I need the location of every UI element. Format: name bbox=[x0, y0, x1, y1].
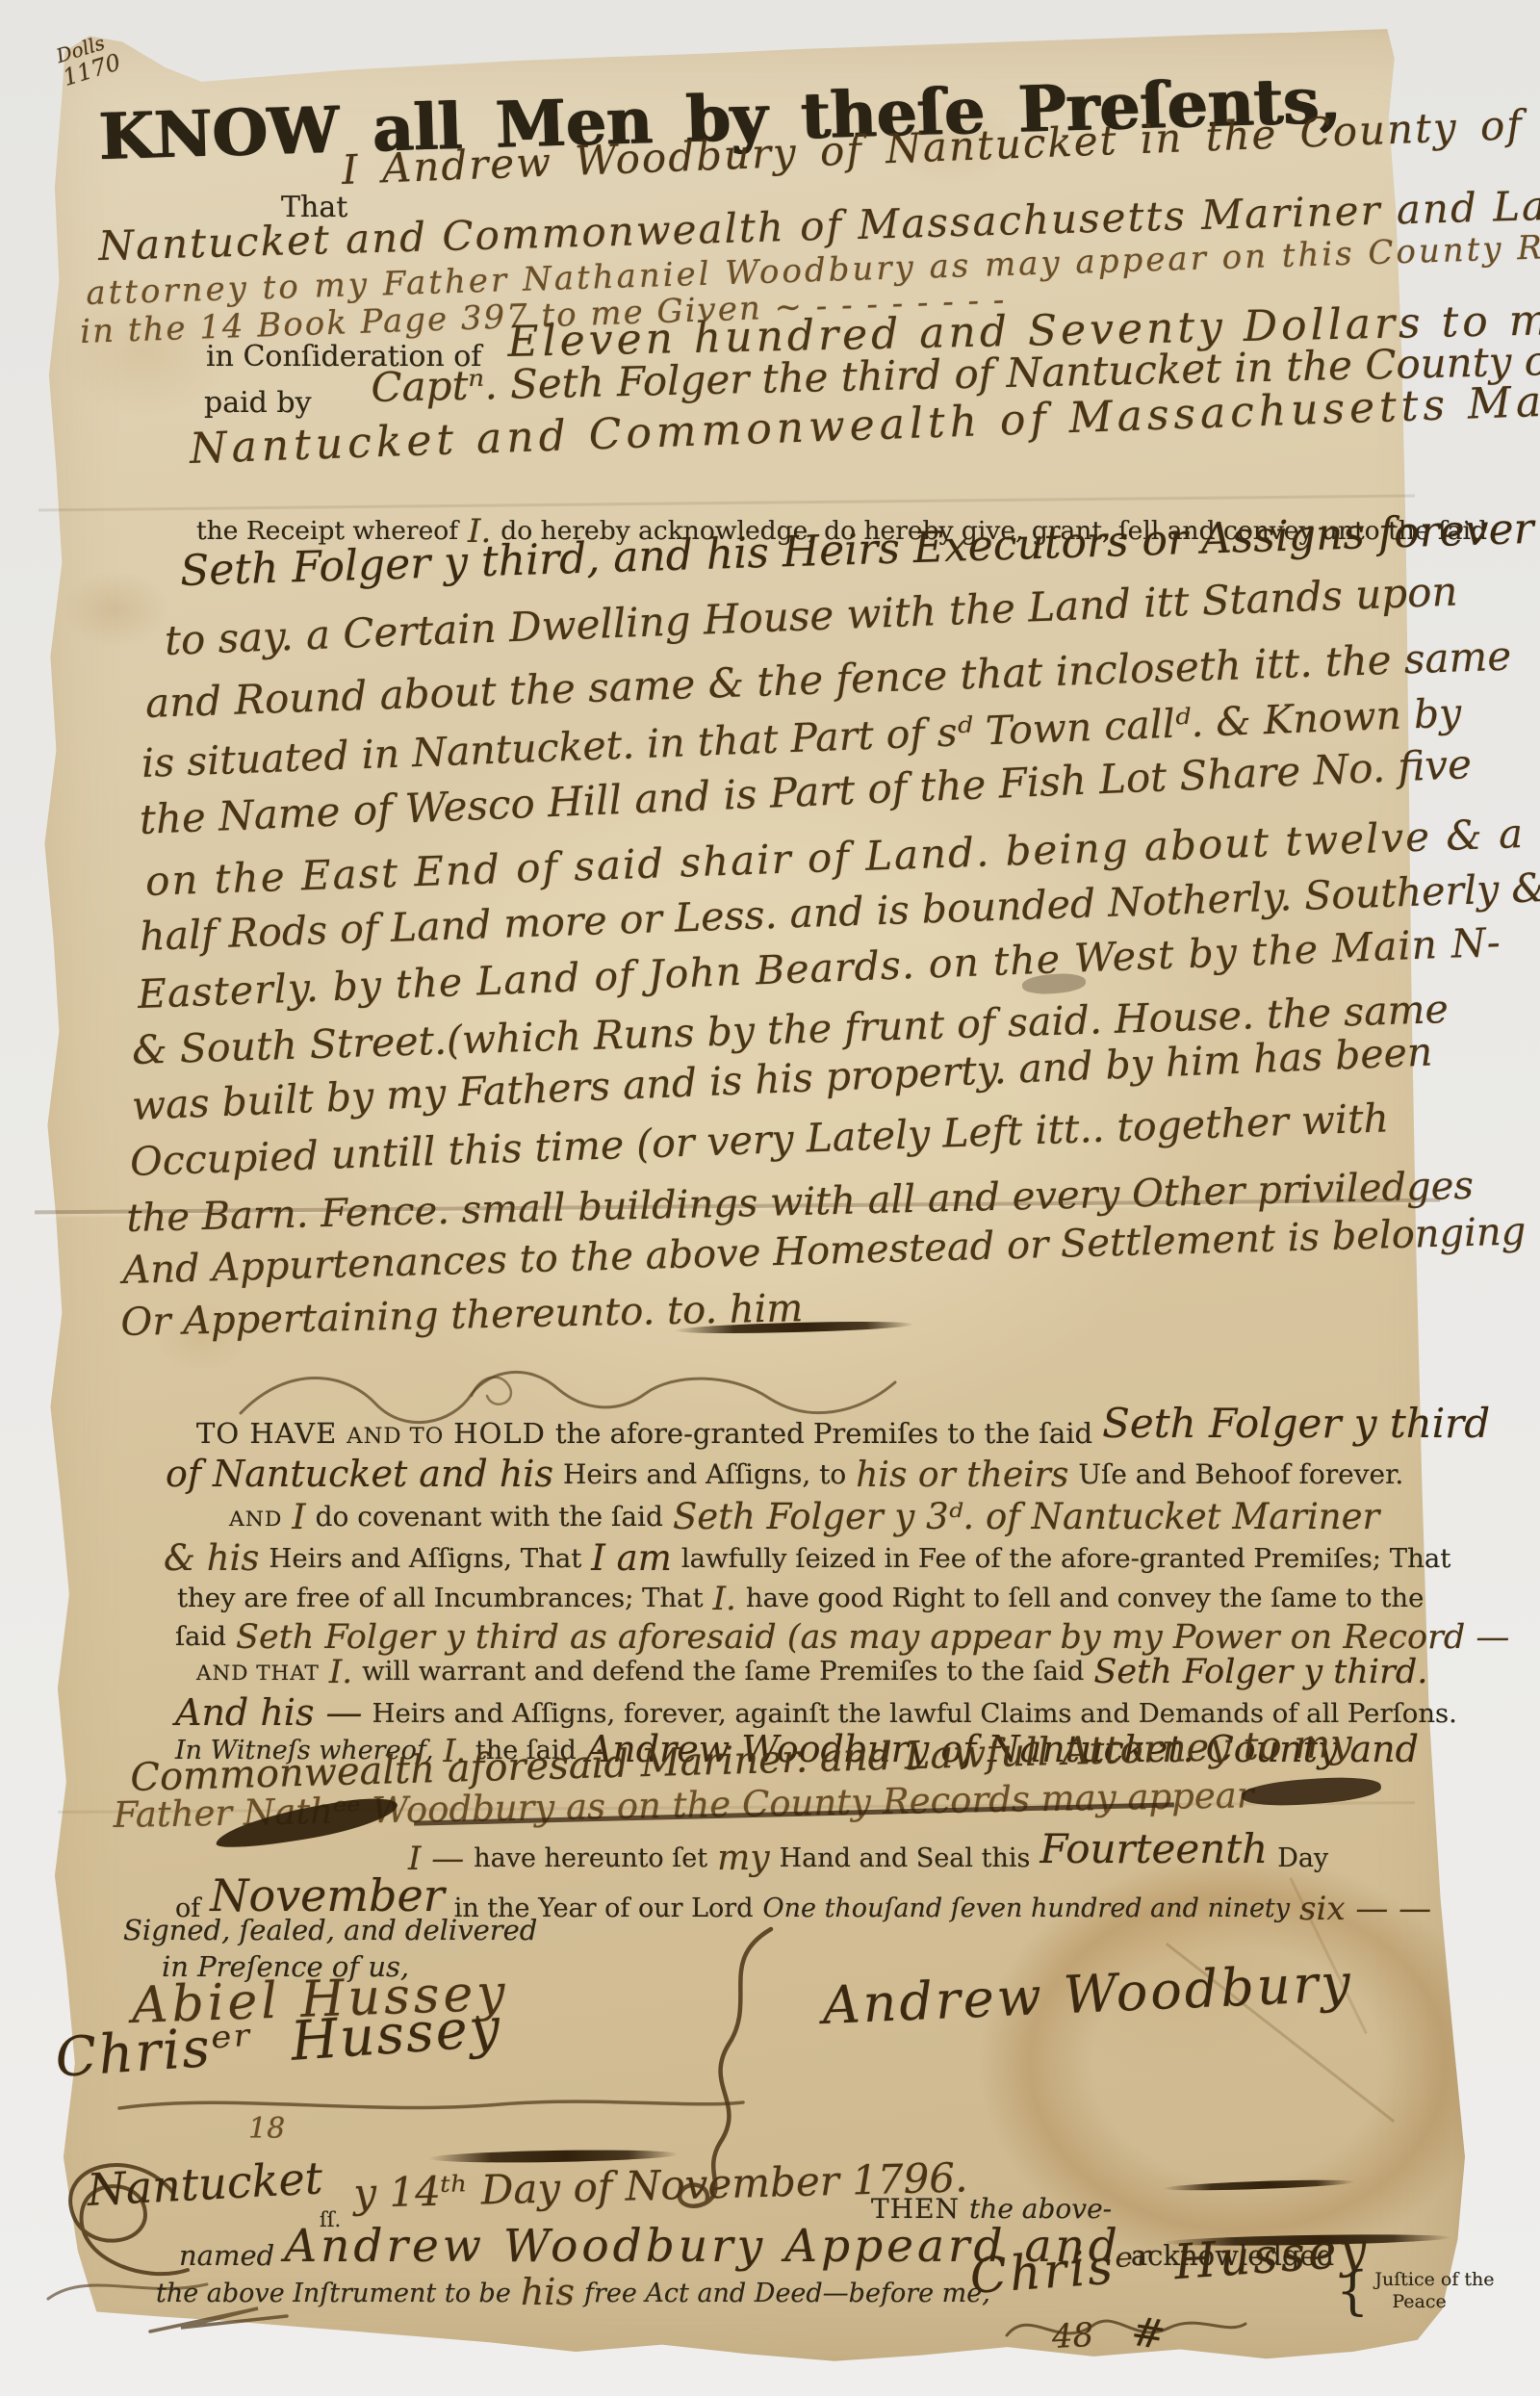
hand-seg: my bbox=[717, 1839, 769, 1878]
print-seg: Hand and Seal this bbox=[780, 1843, 1031, 1873]
hand-seg: I. bbox=[329, 1653, 352, 1691]
habendum-line-3: AndIdo covenant with the ſaidSeth Folger… bbox=[229, 1493, 1389, 1534]
testimonium-line: I —have hereunto ſetmyHand and Seal this… bbox=[408, 1829, 1338, 1876]
print-seg: they are free of all Incumbrances; That bbox=[177, 1583, 704, 1613]
print-seg: Uſe and Behoof forever. bbox=[1078, 1458, 1403, 1490]
justice-title-block: { Juſtice of thePeace bbox=[1336, 2260, 1495, 2321]
paid-by-label: paid by bbox=[204, 386, 312, 420]
hand-seg: I. bbox=[713, 1580, 736, 1618]
brace-glyph: { bbox=[1336, 2260, 1369, 2321]
scribble-mark bbox=[142, 2299, 306, 2342]
print-seg: And bbox=[229, 1507, 282, 1532]
hand-seg: of Nantucket and his bbox=[166, 1453, 553, 1495]
to-have: TO HAVE bbox=[196, 1417, 337, 1450]
habendum-line-5: they are free of all Incumbrances; ThatI… bbox=[177, 1577, 1433, 1615]
habendum-line-2: of Nantucket and hisHeirs and Aſſigns, t… bbox=[166, 1450, 1413, 1492]
habendum-printed: the afore-granted Premiſes to the ſaid bbox=[555, 1417, 1092, 1450]
year-hand: six — — bbox=[1299, 1890, 1431, 1928]
print-seg: Heirs and Aſſigns, That bbox=[269, 1543, 581, 1574]
print-seg: lawfully ſeized in Fee of the afore-gran… bbox=[681, 1543, 1450, 1574]
habendum-line-1: TO HAVEand toHOLDthe afore-granted Premi… bbox=[196, 1405, 1500, 1453]
print-seg: will warrant and defend the ſame Premiſe… bbox=[362, 1656, 1084, 1687]
habendum-line-6: ſaidSeth Folger y third as aforesaid (as… bbox=[175, 1615, 1519, 1654]
and-to: and to bbox=[346, 1424, 444, 1449]
print-seg: free Act and Deed—before me, bbox=[584, 2279, 990, 2308]
justice-title-line1: Juſtice of the bbox=[1374, 2269, 1494, 2290]
witness-mark: 18 bbox=[248, 2112, 285, 2146]
print-seg: have good Right to ſell and convey the ſ… bbox=[746, 1583, 1424, 1613]
habendum-line-4: & hisHeirs and Aſſigns, ThatI amlawfully… bbox=[164, 1534, 1460, 1576]
hand-seg: I am bbox=[591, 1537, 672, 1579]
year-printed: One thouſand ſeven hundred and ninety bbox=[762, 1894, 1290, 1923]
document-scan: Dolls 1170 KNOW all Men by theſe Preſent… bbox=[0, 0, 1540, 2396]
date-day-hand: Fourteenth bbox=[1039, 1825, 1268, 1872]
print-seg: Day bbox=[1277, 1843, 1328, 1873]
hand-seg: Seth Folger y third. bbox=[1093, 1653, 1427, 1691]
print-seg: Heirs and Aſſigns, to bbox=[563, 1458, 846, 1490]
ack-num: 48 bbox=[1051, 2316, 1094, 2357]
grantee-name-hand: Seth Folger y third bbox=[1102, 1400, 1490, 1447]
print-seg: And that bbox=[196, 1662, 320, 1686]
hand-seg: his or theirs bbox=[856, 1456, 1068, 1495]
print-seg: have hereunto ſet bbox=[474, 1843, 707, 1873]
print-seg: do covenant with the ſaid bbox=[316, 1501, 663, 1533]
hand-seg: I bbox=[292, 1498, 305, 1537]
hold: HOLD bbox=[453, 1417, 546, 1450]
justice-title-line2: Peace bbox=[1392, 2291, 1446, 2312]
habendum-line-7: And thatI.will warrant and defend the ſa… bbox=[196, 1650, 1437, 1688]
hand-seg: & his bbox=[164, 1537, 259, 1579]
ack-his-hand: his bbox=[521, 2271, 575, 2313]
witness-clause-1: Signed, ſealed, and delivered bbox=[123, 1914, 537, 1946]
hand-seg: Seth Folger y 3ᵈ. of Nantucket Mariner bbox=[673, 1496, 1379, 1537]
signature-tail-loops bbox=[1001, 2297, 1251, 2355]
print-seg: ſaid bbox=[175, 1621, 226, 1652]
print-seg: named bbox=[179, 2239, 274, 2272]
